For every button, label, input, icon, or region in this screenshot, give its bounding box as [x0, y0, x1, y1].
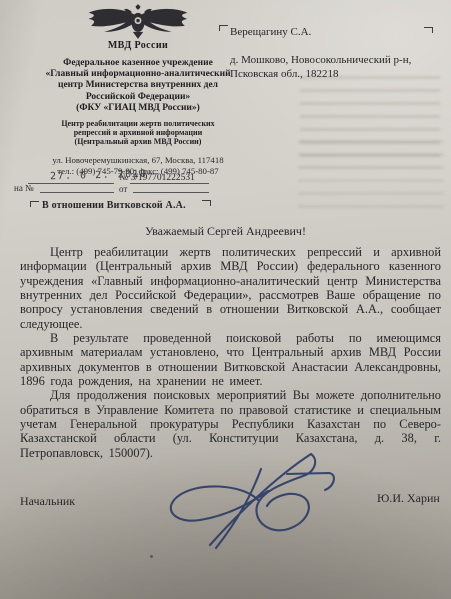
- org-line: «Главный информационно-аналитический: [10, 69, 266, 80]
- scanned-letter: МВД России Федеральное казенное учрежден…: [0, 0, 451, 599]
- number-underline: [130, 183, 209, 184]
- letter-body: Центр реабилитации жертв политических ре…: [20, 245, 441, 460]
- document-number: № 3/197701222531: [119, 173, 195, 183]
- ref-na-underline: [40, 192, 114, 193]
- paper-speck: [150, 555, 153, 558]
- organization-name: Федеральное казенное учреждение «Главный…: [10, 58, 266, 114]
- org-line: центр Министерства внутренних дел: [10, 80, 266, 91]
- dept-line: (Центральный архив МВД России): [10, 138, 266, 147]
- org-line: (ФКУ «ГИАЦ МВД России»): [10, 103, 266, 114]
- addressee-address-line: д. Мошково, Новосокольнический р-н,: [230, 54, 430, 68]
- addressee-corner-left: [219, 25, 228, 31]
- ref-ot-label: от: [119, 184, 127, 194]
- org-line: Федеральное казенное учреждение: [10, 58, 266, 69]
- date-underline: [28, 183, 114, 184]
- subject-line: В отношении Витковской А.А.: [42, 200, 186, 211]
- addressee-block: Верещагину С.А. д. Мошково, Новосокольни…: [230, 26, 430, 81]
- bleed-through-text: [298, 140, 444, 210]
- subject-corner-left: [30, 201, 39, 207]
- ref-ot-underline: [133, 192, 209, 193]
- street-address: ул. Новочеремушкинская, 67, Москва, 1174…: [10, 155, 266, 166]
- paragraph: Центр реабилитации жертв политических ре…: [20, 245, 441, 331]
- mvd-eagle-emblem-icon: [86, 4, 190, 39]
- signer-position: Начальник: [20, 494, 75, 509]
- handwritten-signature: [158, 448, 348, 566]
- signer-name: Ю.И. Харин: [377, 491, 440, 506]
- ministry-title: МВД России: [10, 40, 266, 51]
- paragraph: В результате проведенной поисковой работ…: [20, 331, 441, 388]
- addressee-name: Верещагину С.А.: [230, 26, 430, 38]
- ref-na-label: на №: [14, 183, 34, 193]
- org-line: Российской Федерации»: [10, 92, 266, 103]
- subject-corner-right: [202, 200, 211, 206]
- salutation: Уважаемый Сергей Андреевич!: [0, 224, 451, 239]
- department-name: Центр реабилитации жертв политических ре…: [10, 120, 266, 147]
